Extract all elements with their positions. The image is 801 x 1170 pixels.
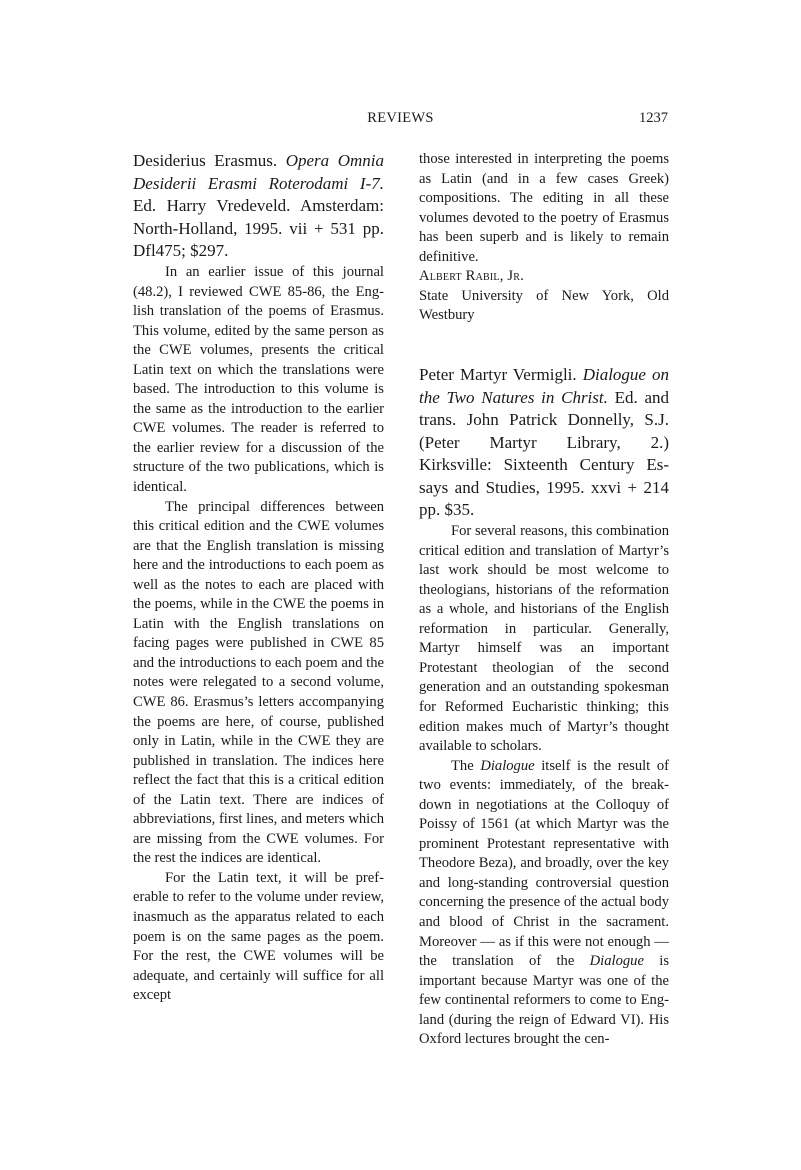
review2-citation: Peter Martyr Vermigli. Dialogue on the T… <box>419 364 669 522</box>
p2-middle: itself is the result of two events: imme… <box>419 758 669 969</box>
review1-paragraph-2: The principal differences between this c… <box>133 498 384 869</box>
p2-italic-dialogue: Dialogue <box>480 758 534 774</box>
review1-paragraph-3: For the Latin text, it will be pref­erab… <box>133 869 384 1006</box>
running-head: REVIEWS 1237 <box>133 110 668 132</box>
review2-paragraph-2: The Dialogue itself is the result of two… <box>419 757 669 1050</box>
review2-paragraph-1: For several reasons, this combi­nation c… <box>419 522 669 757</box>
review1-author: Desiderius Erasmus. <box>133 151 277 170</box>
review1-paragraph-1: In an earlier issue of this journal (48.… <box>133 263 384 498</box>
p2-italic-dialogue-2: Dialogue <box>590 953 644 969</box>
right-column: those interested in interpreting the poe… <box>419 150 669 1050</box>
review1-citation: Desiderius Erasmus. Opera Omnia Desideri… <box>133 150 384 263</box>
reviewer-affiliation: State University of New York, Old Westbu… <box>419 287 669 326</box>
page-number: 1237 <box>639 110 668 127</box>
left-column: Desiderius Erasmus. Opera Omnia Desideri… <box>133 150 384 1006</box>
running-head-title: REVIEWS <box>133 110 668 127</box>
reviewer-name: Albert Rabil, Jr. <box>419 267 669 287</box>
review-separator <box>419 326 669 364</box>
review1-publication-details: Ed. Harry Vredeveld. Amsterdam: North-Ho… <box>133 196 384 260</box>
p2-lead: The <box>451 758 474 774</box>
review2-author: Peter Martyr Vermigli. <box>419 365 577 384</box>
review2-publication-details: Ed. and trans. John Patrick Donnelly, S.… <box>419 388 669 520</box>
review1-paragraph-3-continued: those interested in interpreting the poe… <box>419 150 669 267</box>
